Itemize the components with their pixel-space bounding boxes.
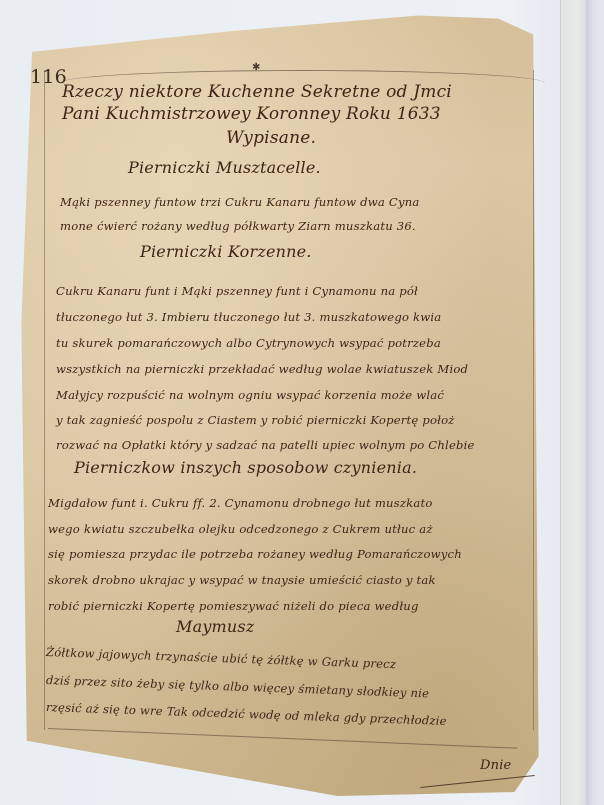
body-line: tłuczonego łut 3. Imbieru tłuczonego łut… xyxy=(56,310,441,324)
section-heading-inszych: Pierniczkow inszych sposobow czynienia. xyxy=(74,458,417,477)
section-heading-maymusz: Maymusz xyxy=(176,617,254,636)
body-line: Migdałow funt i. Cukru ff. 2. Cynamonu d… xyxy=(48,496,433,510)
body-line: robić pierniczki Kopertę pomieszywać niż… xyxy=(48,599,419,613)
title-line-3: Wypisane. xyxy=(226,128,316,148)
body-line: wego kwiatu szczubełka olejku odcedzoneg… xyxy=(48,522,433,536)
body-line: Cukru Kanaru funt i Mąki pszenney funt i… xyxy=(56,284,418,298)
title-line-2: Pani Kuchmistrzowey Koronney Roku 1633 xyxy=(62,104,441,124)
body-line: rozwać na Opłatki który y sadzać na pate… xyxy=(56,438,475,452)
body-line: Małyjcy rozpuścić na wolnym ogniu wsypać… xyxy=(56,388,444,402)
book-spine-gutter xyxy=(560,0,587,805)
body-line: wszystkich na pierniczki przekładać wedł… xyxy=(56,362,468,376)
signature: Dnie xyxy=(480,758,511,773)
body-line: mone ćwierć rożany według półkwarty Ziar… xyxy=(60,219,416,233)
section-heading-korzenne: Pierniczki Korzenne. xyxy=(140,242,312,261)
book-cover-edge xyxy=(586,0,604,805)
body-line: Mąki pszenney funtow trzi Cukru Kanaru f… xyxy=(60,195,419,209)
body-line: skorek drobno ukrajac y wsypać w tnaysie… xyxy=(48,573,436,587)
body-line: się pomiesza przydac ile potrzeba rożane… xyxy=(48,547,462,561)
body-line: tu skurek pomarańczowych albo Cytrynowyc… xyxy=(56,336,441,350)
title-line-1: Rzeczy niektore Kuchenne Sekretne od Jmc… xyxy=(62,82,452,102)
body-line: y tak zagnieść pospolu z Ciastem y robić… xyxy=(56,413,455,427)
section-heading-musztacelle: Pierniczki Musztacelle. xyxy=(128,158,321,177)
